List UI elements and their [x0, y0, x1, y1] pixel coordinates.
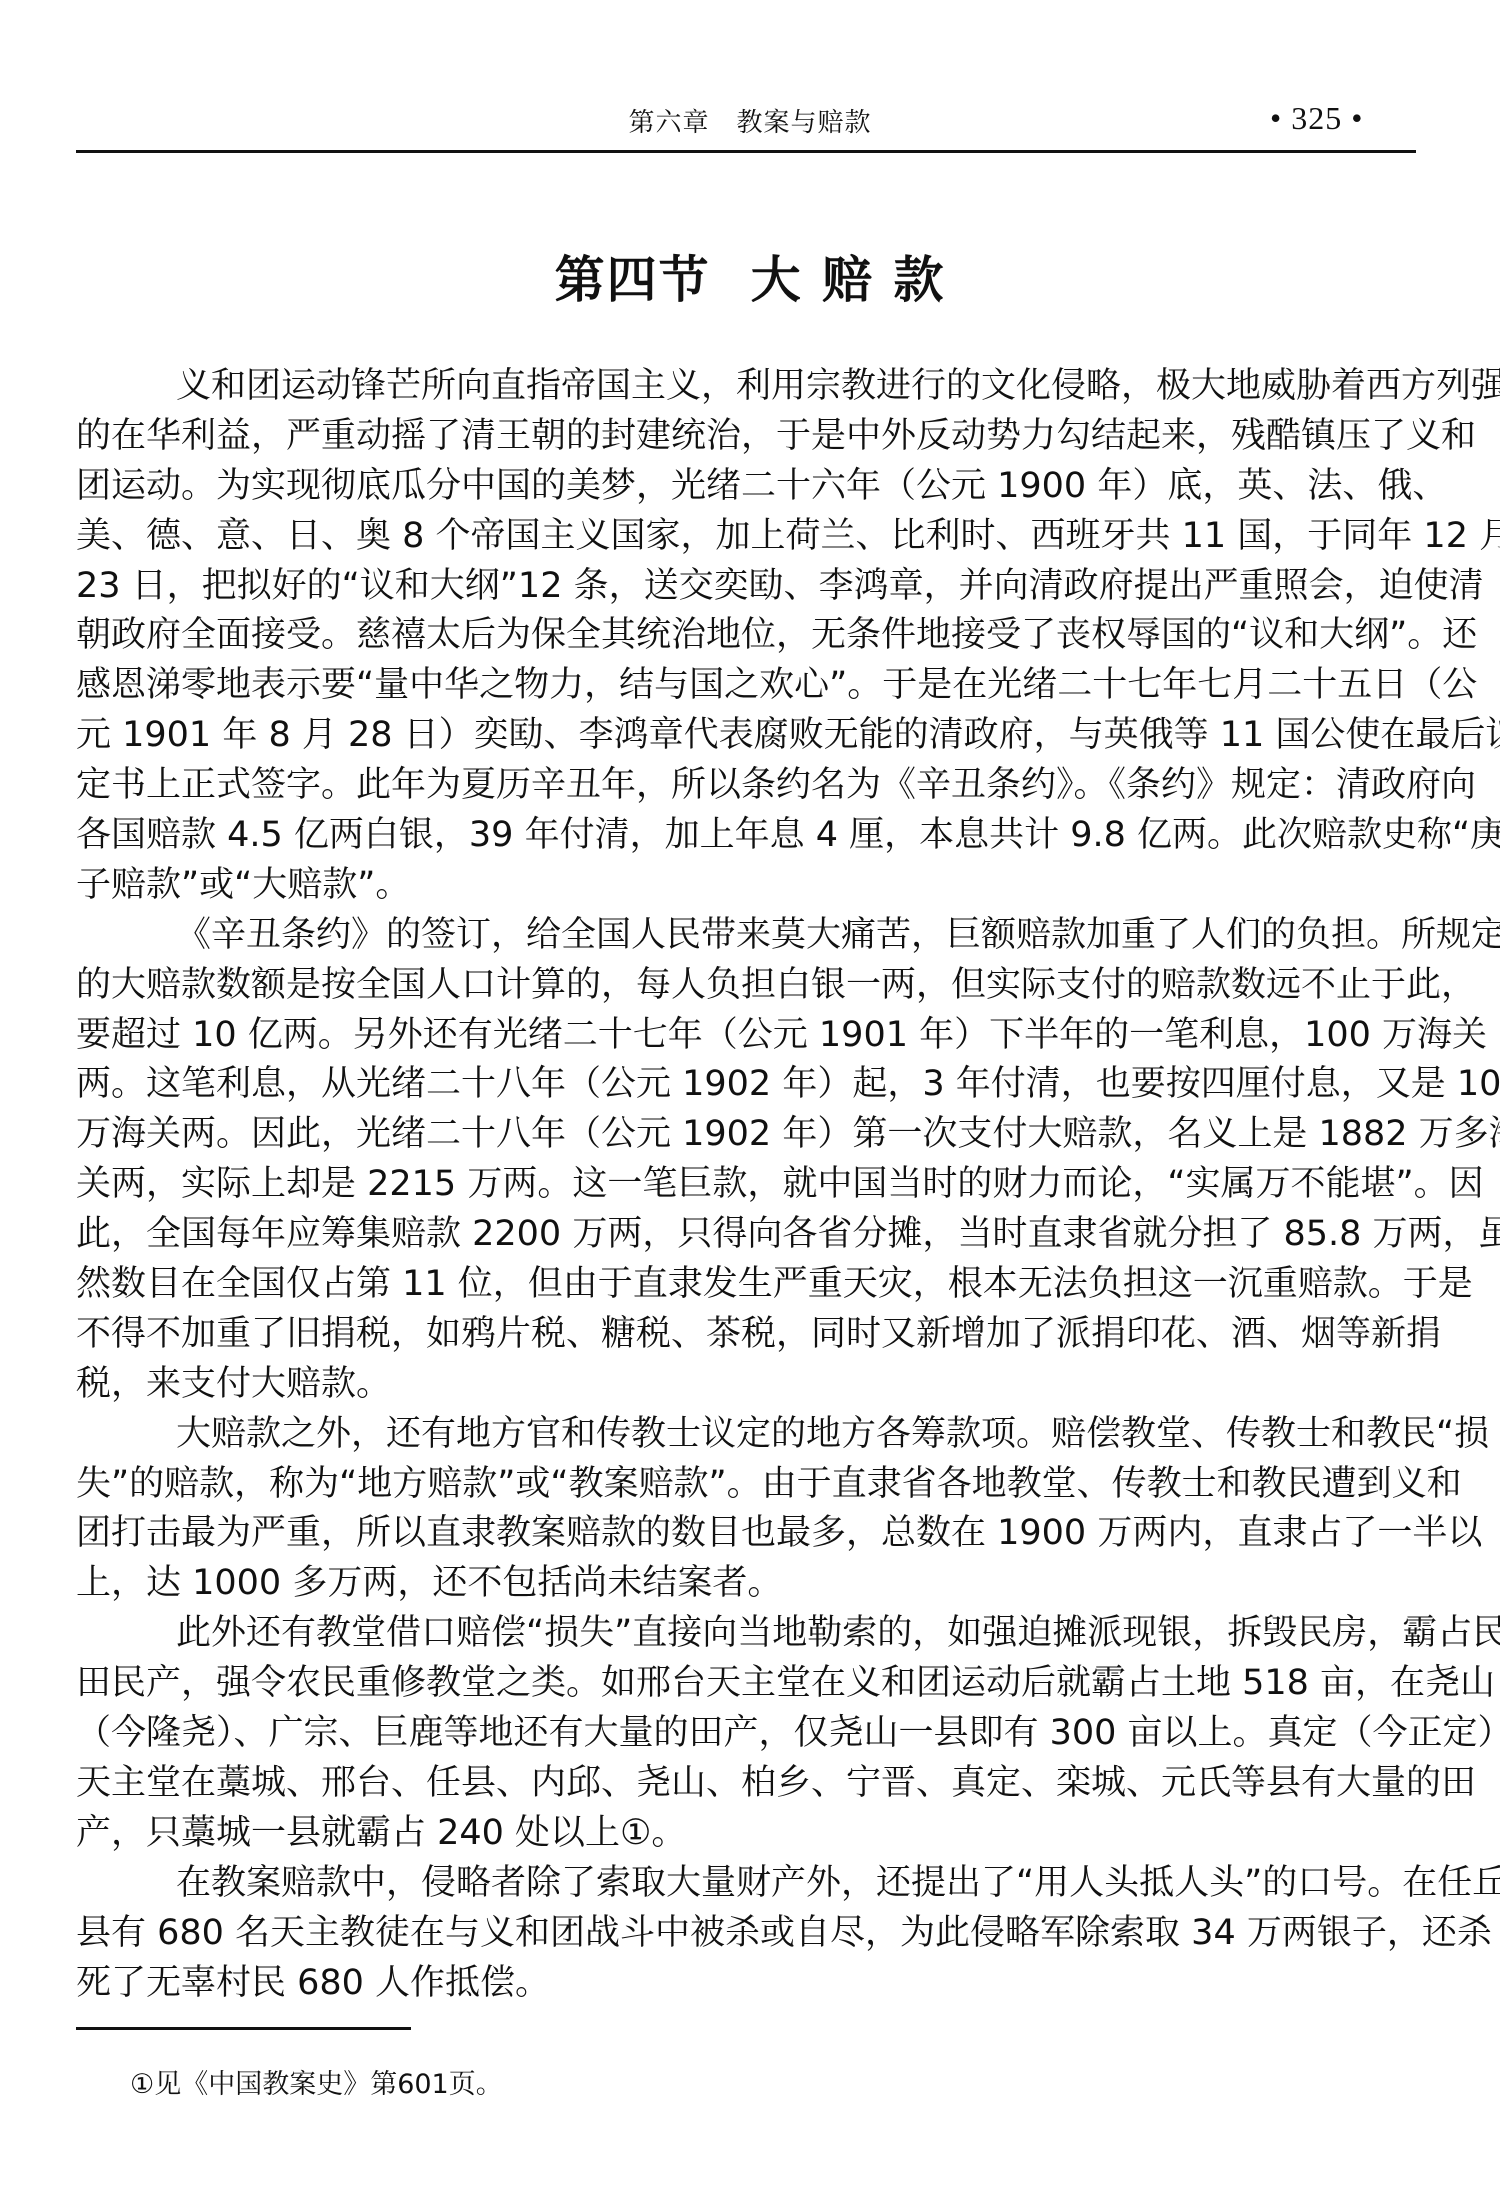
text-line: 天主堂在藁城、邢台、任县、内邱、尧山、柏乡、宁晋、真定、栾城、元氏等县有大量的田: [76, 1759, 1416, 1809]
paragraph: 《辛丑条约》的签订，给全国人民带来莫大痛苦，巨额赔款加重了人们的负担。所规定 的…: [76, 911, 1416, 1410]
header-rule: [76, 150, 1416, 153]
text-line: 万海关两。因此，光绪二十八年（公元 1902 年）第一次支付大赔款，名义上是 1…: [76, 1110, 1416, 1160]
paragraph: 此外还有教堂借口赔偿“损失”直接向当地勒索的，如强迫摊派现银，拆毁民房，霸占民 …: [76, 1609, 1416, 1858]
section-title: 第四节大 赔 款: [0, 240, 1500, 312]
paragraph: 大赔款之外，还有地方官和传教士议定的地方各筹款项。赔偿教堂、传教士和教民“损 失…: [76, 1410, 1416, 1610]
running-head: 第六章 教案与赔款 • 325 •: [0, 98, 1500, 142]
footnote: ①见《中国教案史》第601页。: [130, 2062, 503, 2101]
text-line: 要超过 10 亿两。另外还有光绪二十七年（公元 1901 年）下半年的一笔利息，…: [76, 1011, 1416, 1061]
text-line: 关两，实际上却是 2215 万两。这一笔巨款，就中国当时的财力而论，“实属万不能…: [76, 1160, 1416, 1210]
text-line: 上，达 1000 多万两，还不包括尚未结案者。: [76, 1559, 1416, 1609]
text-line: 各国赔款 4.5 亿两白银，39 年付清，加上年息 4 厘，本息共计 9.8 亿…: [76, 811, 1416, 861]
text-line: 元 1901 年 8 月 28 日）奕劻、李鸿章代表腐败无能的清政府，与英俄等 …: [76, 711, 1416, 761]
text-line: 不得不加重了旧捐税，如鸦片税、糖税、茶税，同时又新增加了派捐印花、酒、烟等新捐: [76, 1310, 1416, 1360]
text-line: 大赔款之外，还有地方官和传教士议定的地方各筹款项。赔偿教堂、传教士和教民“损: [76, 1410, 1416, 1460]
text-line: （今隆尧）、广宗、巨鹿等地还有大量的田产，仅尧山一县即有 300 亩以上。真定（…: [76, 1709, 1416, 1759]
text-line: 的在华利益，严重动摇了清王朝的封建统治，于是中外反动势力勾结起来，残酷镇压了义和: [76, 412, 1416, 462]
text-line: 此，全国每年应筹集赔款 2200 万两，只得向各省分摊，当时直隶省就分担了 85…: [76, 1210, 1416, 1260]
text-line: 团运动。为实现彻底瓜分中国的美梦，光绪二十六年（公元 1900 年）底，英、法、…: [76, 462, 1416, 512]
paragraph: 在教案赔款中，侵略者除了索取大量财产外，还提出了“用人头抵人头”的口号。在任丘 …: [76, 1859, 1416, 2009]
text-line: 此外还有教堂借口赔偿“损失”直接向当地勒索的，如强迫摊派现银，拆毁民房，霸占民: [76, 1609, 1416, 1659]
text-line: 美、德、意、日、奥 8 个帝国主义国家，加上荷兰、比利时、西班牙共 11 国，于…: [76, 512, 1416, 562]
page-number: • 325 •: [1270, 100, 1363, 137]
text-line: 感恩涕零地表示要“量中华之物力，结与国之欢心”。于是在光绪二十七年七月二十五日（…: [76, 661, 1416, 711]
text-line: 团打击最为严重，所以直隶教案赔款的数目也最多，总数在 1900 万两内，直隶占了…: [76, 1509, 1416, 1559]
text-line: 子赔款”或“大赔款”。: [76, 861, 1416, 911]
text-line: 田民产，强令农民重修教堂之类。如邢台天主堂在义和团运动后就霸占土地 518 亩，…: [76, 1659, 1416, 1709]
footnote-rule: [76, 2027, 411, 2030]
text-line: 税，来支付大赔款。: [76, 1360, 1416, 1410]
text-line: 失”的赔款，称为“地方赔款”或“教案赔款”。由于直隶省各地教堂、传教士和教民遭到…: [76, 1460, 1416, 1510]
text-line: 朝政府全面接受。慈禧太后为保全其统治地位，无条件地接受了丧权辱国的“议和大纲”。…: [76, 611, 1416, 661]
text-line: 《辛丑条约》的签订，给全国人民带来莫大痛苦，巨额赔款加重了人们的负担。所规定: [76, 911, 1416, 961]
text-line: 然数目在全国仅占第 11 位，但由于直隶发生严重天灾，根本无法负担这一沉重赔款。…: [76, 1260, 1416, 1310]
paragraph: 义和团运动锋芒所向直指帝国主义，利用宗教进行的文化侵略，极大地威胁着西方列强 的…: [76, 362, 1416, 911]
body-text: 义和团运动锋芒所向直指帝国主义，利用宗教进行的文化侵略，极大地威胁着西方列强 的…: [76, 362, 1416, 2008]
text-line: 23 日，把拟好的“议和大纲”12 条，送交奕劻、李鸿章，并向清政府提出严重照会…: [76, 562, 1416, 612]
section-name: 大 赔 款: [751, 251, 946, 309]
section-number: 第四节: [555, 251, 711, 309]
text-line: 死了无辜村民 680 人作抵偿。: [76, 1959, 1416, 2009]
text-line: 义和团运动锋芒所向直指帝国主义，利用宗教进行的文化侵略，极大地威胁着西方列强: [76, 362, 1416, 412]
text-line: 产，只藁城一县就霸占 240 处以上①。: [76, 1809, 1416, 1859]
text-line: 县有 680 名天主教徒在与义和团战斗中被杀或自尽，为此侵略军除索取 34 万两…: [76, 1909, 1416, 1959]
text-line: 在教案赔款中，侵略者除了索取大量财产外，还提出了“用人头抵人头”的口号。在任丘: [76, 1859, 1416, 1909]
text-line: 的大赔款数额是按全国人口计算的，每人负担白银一两，但实际支付的赔款数远不止于此，: [76, 961, 1416, 1011]
text-line: 两。这笔利息，从光绪二十八年（公元 1902 年）起，3 年付清，也要按四厘付息…: [76, 1060, 1416, 1110]
text-line: 定书上正式签字。此年为夏历辛丑年，所以条约名为《辛丑条约》。《条约》规定：清政府…: [76, 761, 1416, 811]
